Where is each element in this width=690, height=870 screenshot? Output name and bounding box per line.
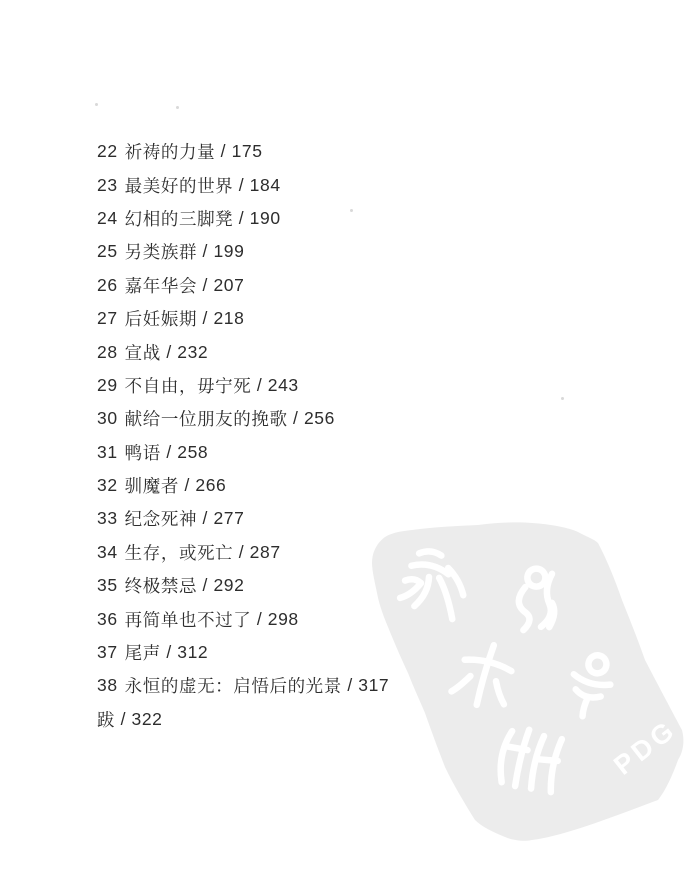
page-number: 256 (304, 408, 335, 429)
chapter-number: 34 (97, 542, 118, 563)
toc-entry: 25另类族群 / 199 (97, 235, 389, 268)
page-number: 287 (250, 542, 281, 563)
chapter-title: 生存，或死亡 (125, 540, 234, 565)
chapter-number: 32 (97, 475, 118, 496)
scan-speck (176, 106, 179, 109)
page-number: 258 (177, 442, 208, 463)
toc-entry: 31鸭语 / 258 (97, 436, 389, 469)
pdg-watermark-stamp: PDG (335, 492, 690, 854)
separator: / (288, 408, 304, 429)
page-number: 312 (177, 642, 208, 663)
toc-entry: 24幻相的三脚凳 / 190 (97, 202, 389, 235)
chapter-number: 33 (97, 508, 118, 529)
page-number: 175 (232, 141, 263, 162)
page-number: 292 (213, 575, 244, 596)
chapter-number: 31 (97, 442, 118, 463)
page-number: 207 (213, 275, 244, 296)
separator: / (197, 241, 213, 262)
chapter-title: 最美好的世界 (125, 173, 234, 198)
separator: / (233, 542, 249, 563)
chapter-title: 鸭语 (125, 440, 161, 465)
page-number: 184 (250, 175, 281, 196)
chapter-title: 跋 (97, 707, 115, 732)
chapter-number: 28 (97, 342, 118, 363)
page-number: 266 (195, 475, 226, 496)
separator: / (197, 508, 213, 529)
chapter-title: 尾声 (125, 640, 161, 665)
scan-speck (95, 103, 98, 106)
chapter-number: 38 (97, 675, 118, 696)
separator: / (161, 642, 177, 663)
scanned-book-page: 22祈祷的力量 / 17523最美好的世界 / 18424幻相的三脚凳 / 19… (0, 0, 690, 870)
page-number: 277 (213, 508, 244, 529)
chapter-title: 纪念死神 (125, 506, 197, 531)
page-number: 190 (250, 208, 281, 229)
page-number: 298 (268, 609, 299, 630)
separator: / (233, 175, 249, 196)
chapter-title: 后妊娠期 (125, 306, 197, 331)
separator: / (197, 275, 213, 296)
separator: / (215, 141, 231, 162)
separator: / (251, 375, 267, 396)
chapter-title: 驯魔者 (125, 473, 179, 498)
chapter-number: 36 (97, 609, 118, 630)
separator: / (161, 442, 177, 463)
chapter-title: 献给一位朋友的挽歌 (125, 406, 288, 431)
chapter-title: 祈祷的力量 (125, 139, 216, 164)
toc-entry: 27后妊娠期 / 218 (97, 302, 389, 335)
chapter-title: 嘉年华会 (125, 273, 197, 298)
separator: / (197, 575, 213, 596)
separator: / (251, 609, 267, 630)
toc-entry: 26嘉年华会 / 207 (97, 269, 389, 302)
chapter-number: 24 (97, 208, 118, 229)
page-number: 243 (268, 375, 299, 396)
chapter-number: 29 (97, 375, 118, 396)
separator: / (233, 208, 249, 229)
page-number: 199 (213, 241, 244, 262)
chapter-title: 不自由，毋宁死 (125, 373, 252, 398)
chapter-title: 永恒的虚无：启悟后的光景 (125, 673, 342, 698)
chapter-number: 23 (97, 175, 118, 196)
chapter-number: 37 (97, 642, 118, 663)
chapter-number: 22 (97, 141, 118, 162)
chapter-title: 再简单也不过了 (125, 607, 252, 632)
chapter-number: 30 (97, 408, 118, 429)
separator: / (179, 475, 195, 496)
separator: / (115, 709, 131, 730)
scan-speck (561, 397, 564, 400)
page-number: 322 (132, 709, 163, 730)
page-number: 232 (177, 342, 208, 363)
separator: / (197, 308, 213, 329)
toc-entry: 30献给一位朋友的挽歌 / 256 (97, 402, 389, 435)
chapter-number: 35 (97, 575, 118, 596)
chapter-number: 27 (97, 308, 118, 329)
page-number: 218 (213, 308, 244, 329)
chapter-title: 另类族群 (125, 239, 197, 264)
toc-entry: 29不自由，毋宁死 / 243 (97, 369, 389, 402)
chapter-title: 终极禁忌 (125, 573, 197, 598)
chapter-number: 26 (97, 275, 118, 296)
separator: / (161, 342, 177, 363)
toc-entry: 28宣战 / 232 (97, 335, 389, 368)
toc-entry: 23最美好的世界 / 184 (97, 168, 389, 201)
chapter-title: 幻相的三脚凳 (125, 206, 234, 231)
chapter-title: 宣战 (125, 340, 161, 365)
chapter-number: 25 (97, 241, 118, 262)
toc-entry: 22祈祷的力量 / 175 (97, 135, 389, 168)
scan-speck (350, 209, 353, 212)
